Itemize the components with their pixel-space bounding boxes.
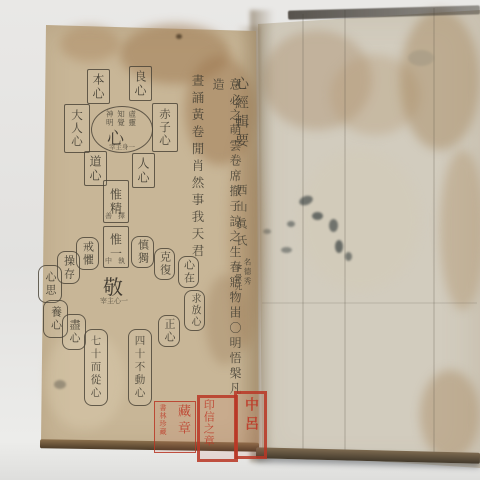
seal-glyphs: 印信之章 [202, 399, 215, 453]
ink-smudge [335, 240, 343, 253]
diagram-box-ren-xin: 人心 [132, 153, 155, 188]
diagram-box-wei-yi: 惟一 執 中 [103, 226, 129, 268]
paper-crease [433, 8, 435, 460]
diagram-box-qiu-fang-xin: 求放心 [184, 290, 205, 331]
ink-speck [176, 34, 182, 39]
ink-smudge [408, 50, 434, 66]
collector-seal-right: 中呂 [234, 391, 267, 459]
ink-smudge [281, 247, 292, 253]
seal-glyphs: 藏章 [173, 404, 192, 450]
collector-seal-small: 藏章 書林珍藏 [154, 401, 196, 453]
box-sub-right: 擇 [118, 211, 127, 221]
ink-speck [54, 380, 66, 389]
box-sub-left: 中 [105, 256, 114, 266]
diagram-box-xin-zai: 心在 [178, 256, 199, 288]
diagram-box-jin-xin: 盡心 [62, 314, 86, 350]
diagram-box-zheng-xin: 正心 [158, 315, 180, 347]
seal-glyphs: 中呂 [241, 397, 261, 449]
box-sub-left: 善 [105, 211, 114, 221]
seal-glyphs: 書林珍藏 [158, 404, 168, 450]
diagram-box-shen-du: 慎獨 [131, 236, 154, 268]
circle-bottom-note: 宰主身一 [92, 142, 152, 151]
diagram-box-ben-xin: 本心 [87, 69, 110, 104]
reverence-note: 宰主心一 [90, 296, 138, 306]
box-sub-right: 執 [118, 256, 127, 266]
diagram-box-qishi-er-cong-xin: 七十而從心 [84, 329, 108, 406]
stain [400, 10, 480, 150]
paper-crease [302, 14, 304, 454]
ink-smudge [345, 252, 352, 261]
stain [300, 150, 420, 290]
inner-text-column: 晝誦黃卷閒肖然事我天君 [188, 74, 206, 272]
heart-circle: 虛靈 知覺 神明 心 宰主身一 [91, 106, 153, 153]
paper-crease [344, 10, 346, 456]
stain [440, 150, 480, 310]
diagram-box-liang-xin: 良心 [129, 66, 152, 101]
diagram-box-xin-si: 心思 [38, 265, 62, 303]
paper-crease [262, 302, 477, 304]
stain [60, 26, 120, 62]
diagram-box-wei-jing: 惟精 擇 善 [103, 180, 129, 223]
author-note-column: 西山眞氏 [233, 184, 249, 258]
photo-of-open-manuscript-book: 心經輯要 意必之萌雲卷席撤子諒之生春寤物峀〇明悟槃凡造 晝誦黃卷閒肖然事我天君 … [0, 0, 480, 480]
diagram-box-da-ren-xin: 大人心 [64, 104, 90, 153]
ink-smudge [312, 212, 323, 220]
diagram-box-ke-fu: 克復 [154, 248, 175, 280]
stain [420, 370, 480, 460]
ink-smudge [287, 221, 295, 227]
ink-smudge [329, 219, 338, 232]
diagram-box-sishi-bu-dong-xin: 四十不動心 [128, 329, 152, 406]
diagram-box-chi-zi-xin: 赤子心 [152, 103, 178, 152]
collector-seal-middle: 印信之章 [197, 395, 238, 462]
author-note-sub-left: 字景元 [233, 264, 244, 302]
